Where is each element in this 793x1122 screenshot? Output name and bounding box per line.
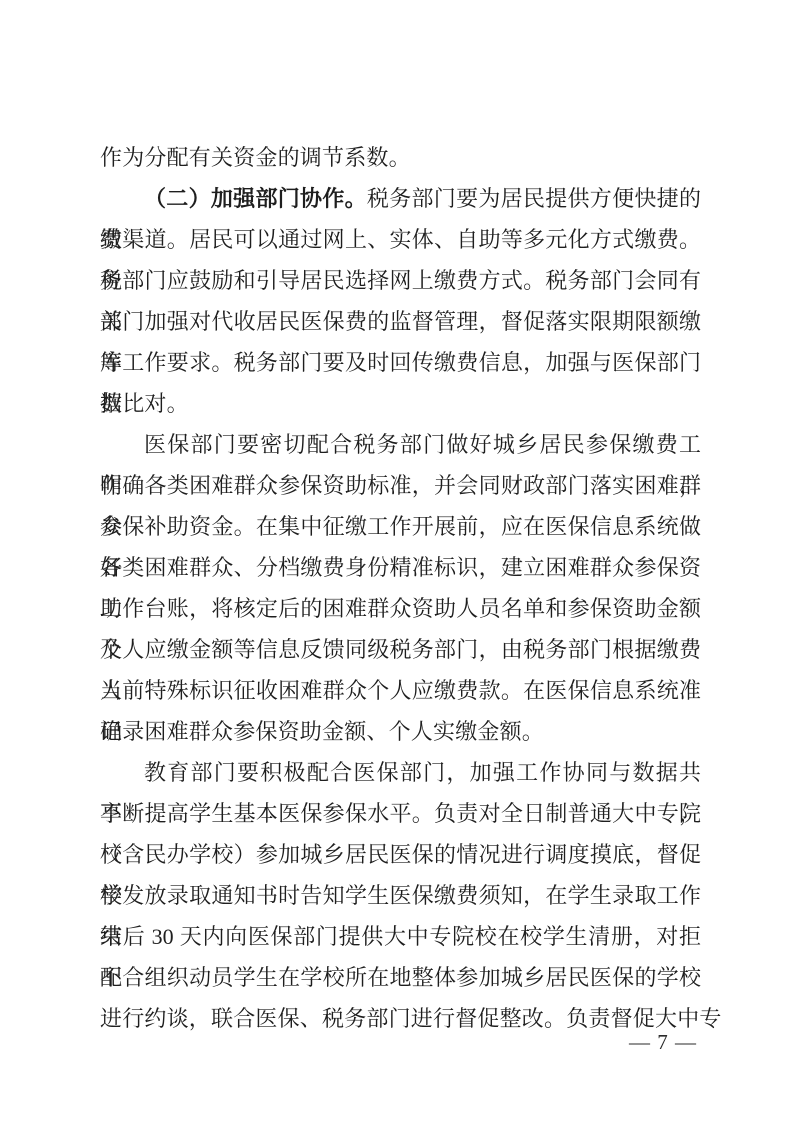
text-line: 各类困难群众、分档缴费身份精准标识，建立困难群众参保资助 xyxy=(100,547,701,588)
text-line: 部门加强对代收居民医保费的监督管理，督促落实限期限额缴库 xyxy=(100,301,701,342)
text-line: 费渠道。居民可以通过网上、实体、自助等多元化方式缴费。税 xyxy=(100,219,701,260)
text-line: 教育部门要积极配合医保部门，加强工作协同与数据共享， xyxy=(100,752,701,793)
page-number: — 7 — xyxy=(629,1026,697,1058)
text-line: （含民办学校）参加城乡居民医保的情况进行调度摸底，督促学 xyxy=(100,834,701,875)
document-page: 作为分配有关资金的调节系数。 （二）加强部门协作。税务部门要为居民提供方便快捷的… xyxy=(0,0,793,1122)
text-line: 等工作要求。税务部门要及时回传缴费信息，加强与医保部门数 xyxy=(100,342,701,383)
text-line: 明确各类困难群众参保资助标准，并会同财政部门落实困难群众 xyxy=(100,465,701,506)
text-line: 校发放录取通知书时告知学生医保缴费须知，在学生录取工作结 xyxy=(100,875,701,916)
text-line: （二）加强部门协作。税务部门要为居民提供方便快捷的缴 xyxy=(100,178,701,219)
text-line: 配合组织动员学生在学校所在地整体参加城乡居民医保的学校 xyxy=(100,957,701,998)
text-line: 医保部门要密切配合税务部门做好城乡居民参保缴费工作， xyxy=(100,424,701,465)
text-line: 参保补助资金。在集中征缴工作开展前，应在医保信息系统做好 xyxy=(100,506,701,547)
section-heading: （二）加强部门协作。 xyxy=(144,186,367,211)
text-line: 当前特殊标识征收困难群众个人应缴费款。在医保信息系统准确 xyxy=(100,670,701,711)
text-line: 作为分配有关资金的调节系数。 xyxy=(100,137,701,178)
text-line: 记录困难群众参保资助金额、个人实缴金额。 xyxy=(100,711,701,752)
text-line: 进行约谈，联合医保、税务部门进行督促整改。负责督促大中专 xyxy=(100,998,701,1039)
document-body: 作为分配有关资金的调节系数。 （二）加强部门协作。税务部门要为居民提供方便快捷的… xyxy=(100,137,701,1039)
text-line: 个人应缴金额等信息反馈同级税务部门，由税务部门根据缴费人 xyxy=(100,629,701,670)
text-line: 束后 30 天内向医保部门提供大中专院校在校学生清册，对拒不 xyxy=(100,916,701,957)
text-line: 不断提高学生基本医保参保水平。负责对全日制普通大中专院校 xyxy=(100,793,701,834)
text-line: 工作台账，将核定后的困难群众资助人员名单和参保资助金额及 xyxy=(100,588,701,629)
text-line: 据比对。 xyxy=(100,383,701,424)
text-line: 务部门应鼓励和引导居民选择网上缴费方式。税务部门会同有关 xyxy=(100,260,701,301)
